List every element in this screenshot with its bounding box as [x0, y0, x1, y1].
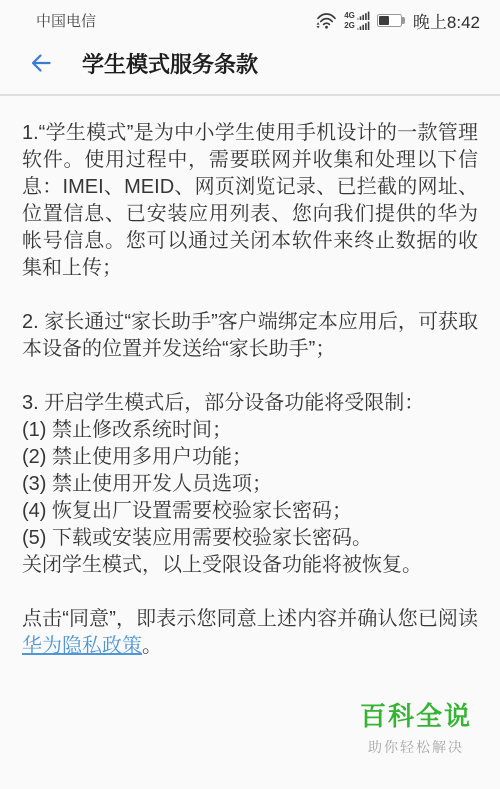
agree-period: 。	[142, 635, 162, 657]
terms-restriction-item: (3) 禁止使用开发人员选项；	[22, 471, 478, 498]
back-button[interactable]	[28, 50, 54, 76]
agree-paragraph: 点击“同意”，即表示您同意上述内容并确认您已阅读华为隐私政策。	[22, 606, 478, 660]
terms-paragraph-3: 3. 开启学生模式后，部分设备功能将受限制： (1) 禁止修改系统时间； (2)…	[22, 390, 478, 579]
sim1-network-label: 4G	[344, 12, 355, 20]
terms-paragraph-3-footer: 关闭学生模式，以上受限设备功能将被恢复。	[22, 552, 478, 579]
carrier-label: 中国电信	[36, 10, 96, 31]
terms-restriction-item: (5) 下载或安装应用需要校验家长密码。	[22, 525, 478, 552]
back-arrow-icon	[28, 50, 54, 76]
terms-paragraph-3-heading: 3. 开启学生模式后，部分设备功能将受限制：	[22, 390, 478, 417]
watermark: 百科全说 助你轻松解决	[360, 696, 472, 757]
battery-icon	[377, 14, 402, 27]
terms-paragraph-2: 2. 家长通过“家长助手”客户端绑定本应用后，可获取本设备的位置并发送给“家长助…	[22, 309, 478, 363]
signal-bars-icon: 4G 2G	[344, 11, 370, 30]
status-bar: 中国电信 4G	[0, 0, 500, 32]
app-header: 学生模式服务条款	[0, 32, 500, 96]
watermark-title: 百科全说	[360, 696, 472, 733]
agree-text: 点击“同意”，即表示您同意上述内容并确认您已阅读	[22, 608, 478, 630]
status-time: 晚上8:42	[413, 8, 480, 33]
status-icons: 4G 2G	[316, 8, 480, 33]
watermark-subtitle: 助你轻松解决	[360, 737, 472, 757]
terms-paragraph-1: 1.“学生模式”是为中小学生使用手机设计的一款管理软件。使用过程中，需要联网并收…	[22, 120, 478, 282]
terms-restriction-item: (1) 禁止修改系统时间；	[22, 417, 478, 444]
screen: 中国电信 4G	[0, 0, 500, 789]
terms-restriction-item: (2) 禁止使用多用户功能；	[22, 444, 478, 471]
wifi-icon	[316, 12, 337, 29]
page-title: 学生模式服务条款	[82, 48, 258, 79]
battery-fill	[379, 16, 389, 25]
terms-content: 1.“学生模式”是为中小学生使用手机设计的一款管理软件。使用过程中，需要联网并收…	[0, 96, 500, 660]
sim2-network-label: 2G	[344, 22, 355, 30]
privacy-policy-link[interactable]: 华为隐私政策	[22, 635, 142, 657]
terms-restriction-item: (4) 恢复出厂设置需要校验家长密码；	[22, 498, 478, 525]
